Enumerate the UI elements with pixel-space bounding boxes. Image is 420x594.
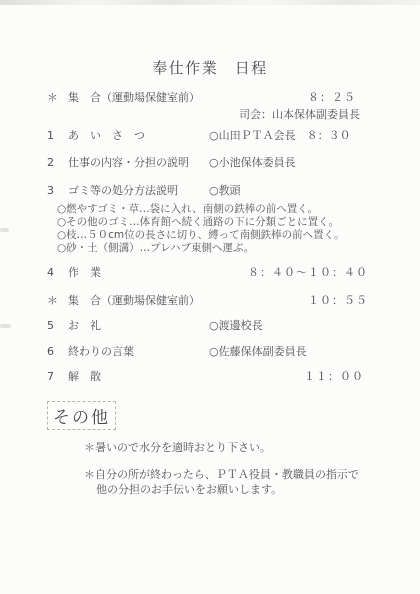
disposal-note-line: ○燃やすゴミ・草…袋に入れ、南側の鉄棒の前へ置く。 [57,203,344,216]
row-marker: ＊ [47,294,58,308]
row-marker: ＊ [47,91,58,105]
row-presenter: ○小池保体委員長 [209,156,296,170]
others-note-hydration: ＊暑いので水分を適時おとり下さい。 [84,439,271,455]
row-presenter: ○山田ＰＴＡ会長 ８：３０ [209,129,351,143]
row-label: ゴミ等の処分方法説明 [68,184,178,198]
scan-artifact-smudge [0,228,9,232]
row-label: あ い さ つ [68,129,145,143]
row-marker: 2 [47,156,54,170]
disposal-notes: ○燃やすゴミ・草…袋に入れ、南側の鉄棒の前へ置く。 ○その他のゴミ…体育館へ続く… [57,203,344,255]
row-label: お 礼 [68,319,101,333]
others-heading: その他 [47,401,116,430]
scan-artifact-top [0,0,420,5]
schedule-row-closing-words: 6 終わりの言葉 ○佐藤保体副委員長 [0,345,420,359]
row-label: 終わりの言葉 [68,345,134,359]
row-label: 解 散 [68,370,101,384]
row-presenter: ○佐藤保体副委員長 [209,345,307,359]
disposal-note-line: ○その他のゴミ…体育館へ続く通路の下に分類ごとに置く。 [57,216,344,229]
row-time: ８：４０～１０：４０ [248,266,368,280]
schedule-row-greeting: 1 あ い さ つ ○山田ＰＴＡ会長 ８：３０ [0,129,420,143]
row-label: 集 合（運動場保健室前） [68,91,200,105]
row-label: 仕事の内容・分担の説明 [68,156,189,170]
row-presenter: ○教頭 [209,184,241,198]
schedule-row-dismissal: 7 解 散 １１：００ [0,370,420,384]
row-label: 集 合（運動場保健室前） [68,294,200,308]
row-label: 作 業 [68,266,101,280]
schedule-row-work-explanation: 2 仕事の内容・分担の説明 ○小池保体委員長 [0,156,420,170]
row-marker: 6 [47,345,54,359]
row-marker: 7 [47,370,54,384]
row-time: ８：２５ [308,91,356,105]
disposal-note-line: ○砂・土（側溝）…プレハブ東側へ運ぶ。 [57,242,344,255]
row-time: １１：００ [304,370,364,384]
schedule-row-garbage-explanation: 3 ゴミ等の処分方法説明 ○教頭 [0,184,420,198]
row-presenter: ○渡邊校長 [209,319,263,333]
row-marker: 1 [47,129,54,143]
disposal-note-line: ○枝…５０cm位の長さに切り、縛って南側鉄棒の前へ置く。 [57,229,344,242]
schedule-row-gather2: ＊ 集 合（運動場保健室前） １０：５５ [0,294,420,308]
schedule-row-gather1: ＊ 集 合（運動場保健室前） ８：２５ [0,91,420,105]
document-title: 奉仕作業 日程 [0,57,420,78]
row-time: １０：５５ [308,294,368,308]
scanned-document-page: 奉仕作業 日程 ＊ 集 合（運動場保健室前） ８：２５ 司会：山本保体副委員長 … [0,0,420,594]
schedule-row-thanks: 5 お 礼 ○渡邊校長 [0,319,420,333]
mc-line: 司会：山本保体副委員長 [239,106,360,122]
others-note-help-line2: 他の分担のお手伝いをお願いします。 [96,481,282,497]
others-note-help-line1: ＊自分の所が終わったら、ＰＴＡ役員・教職員の指示で [84,466,359,482]
schedule-row-work: 4 作 業 ８：４０～１０：４０ [0,266,420,280]
row-marker: 3 [47,184,54,198]
row-marker: 4 [47,266,54,280]
row-marker: 5 [47,319,54,333]
